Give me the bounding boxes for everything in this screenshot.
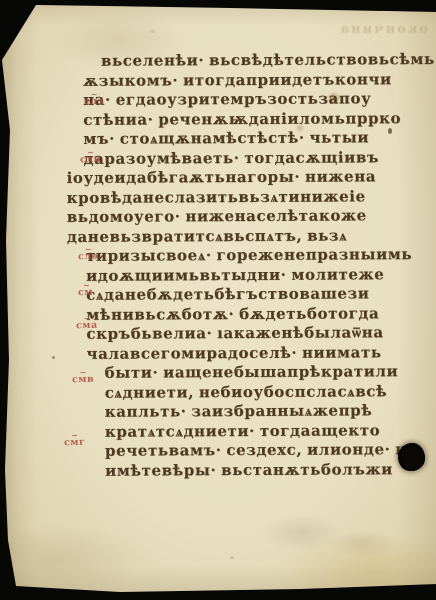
parchment-speck xyxy=(230,556,234,559)
text-line: скръбьвелиа· ıакаженѣбылаѿна xyxy=(86,323,396,344)
text-line: сѧданебѫдетьбѣгъствовашези xyxy=(86,284,396,305)
bleedthrough-title: окончина xyxy=(288,22,428,42)
ink-blot xyxy=(388,128,392,134)
text-line: вьселенѣи· вьсвѣдѣтельствовьсѣмь xyxy=(101,50,395,71)
margin-section-number: сли xyxy=(80,154,101,166)
manuscript-text-block: вьселенѣи· вьсвѣдѣтельствовьсѣмь ѫзыкомъ… xyxy=(83,50,397,481)
margin-section-number: смв xyxy=(72,374,95,386)
text-line: капльть· заизбранныѧжепрѣ xyxy=(105,401,397,422)
text-line: кровѣданеслазитьвьзѧтинижеіе xyxy=(67,187,396,208)
text-line: сѧдниети, небиоубоспсласѧвсѣ xyxy=(105,382,397,403)
text-line: даразоумѣваеть· тогдасѫщіивъ xyxy=(83,148,395,169)
text-line: даневьзвратитсѧвьспѧтъ, вьзѧ xyxy=(67,226,396,247)
text-line: на· егдаоузритемръзостьзапоу xyxy=(83,89,395,110)
text-line: чалавсегомирадоселѣ· ниимать xyxy=(86,343,396,364)
text-line: іоудеидабѣгаѫтьнагоры· нижена xyxy=(66,167,395,188)
margin-section-number: сма xyxy=(76,320,98,332)
text-line: вьдомоуего· ниженаселѣтакоже xyxy=(67,206,396,227)
text-line: речетьвамъ· сездехс, илионде· не xyxy=(105,440,397,461)
parchment-speck xyxy=(52,356,55,359)
parchment-speck xyxy=(150,30,155,33)
text-line: кратѧтсѧдниети· тогдаащекто xyxy=(105,421,397,442)
margin-section-number: смг xyxy=(64,437,86,449)
text-line: мъ· стоѧщѫнамѣстѣстѣ· чьтыи xyxy=(83,128,395,149)
margin-section-number: слз xyxy=(84,96,104,108)
parchment-page: окончина вьселенѣи· вьсвѣдѣтельствовьсѣм… xyxy=(0,0,436,600)
text-line: ѫзыкомъ· итогдаприидетъкончи xyxy=(83,70,395,91)
text-line: быти· иащенебышапрѣкратили xyxy=(105,362,397,383)
text-line: имѣтевѣры· вьстанѫтьболъжи xyxy=(105,460,397,481)
margin-section-number: см xyxy=(78,287,93,299)
text-line: идоѫщиимьвьтыдни· молитеже xyxy=(86,265,396,286)
margin-section-number: слѳ xyxy=(78,251,99,263)
text-line: стѣниа· реченѫѭданіиломьпррко xyxy=(83,109,395,130)
text-line: мѣнивьсѫботѫ· бѫдетьботогда xyxy=(86,304,396,325)
text-line: тиризысвоеѧ· гореженепразныимь xyxy=(86,245,396,266)
parchment-hole xyxy=(398,443,425,471)
